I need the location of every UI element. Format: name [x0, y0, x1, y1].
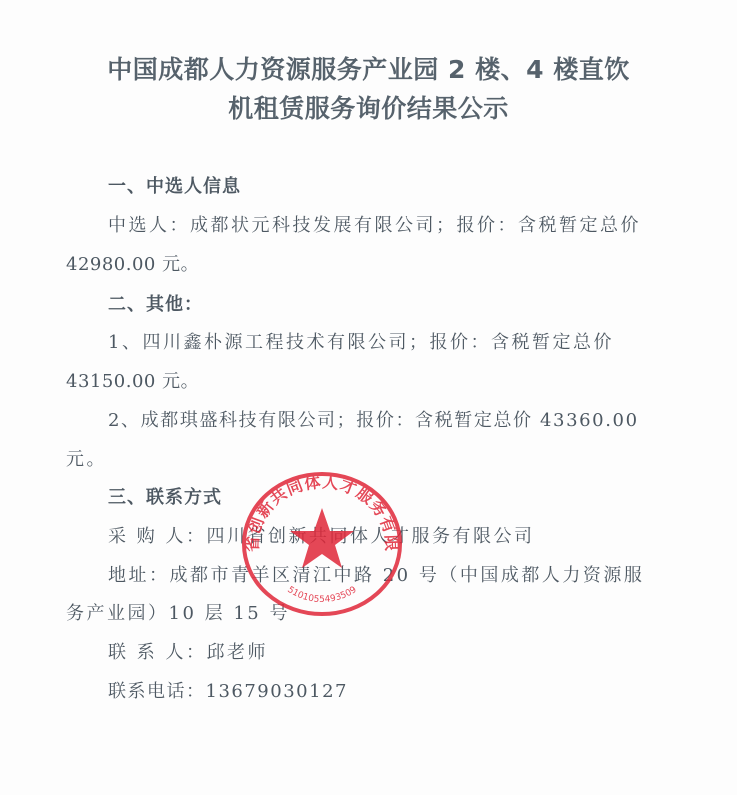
other-item2-line2: 元。 — [66, 445, 107, 471]
section2-heading: 二、其他： — [108, 290, 203, 316]
purchaser-line: 采 购 人：四川省创新共同体人才服务有限公司 — [108, 522, 534, 548]
svg-text:5101055493509: 5101055493509 — [285, 585, 358, 605]
winner-line: 中选人：成都状元科技发展有限公司；报价：含税暂定总价 — [108, 211, 641, 237]
document-title-line1: 中国成都人力资源服务产业园 2 楼、4 楼直饮 — [0, 50, 737, 86]
address-line1: 地址：成都市青羊区清江中路 20 号（中国成都人力资源服 — [108, 561, 644, 587]
winner-price: 42980.00 元。 — [66, 250, 199, 276]
address-line2: 务产业园）10 层 15 号 — [66, 599, 290, 625]
phone-line: 联系电话：13679030127 — [108, 677, 348, 703]
section1-heading: 一、中选人信息 — [108, 172, 241, 198]
stamp-code: 5101055493509 — [285, 585, 358, 605]
other-item1-line1: 1、四川鑫朴源工程技术有限公司；报价：含税暂定总价 — [108, 328, 614, 354]
other-item2-line1: 2、成都琪盛科技有限公司；报价：含税暂定总价 43360.00 — [108, 406, 639, 432]
contact-person-line: 联 系 人：邱老师 — [108, 638, 268, 664]
section3-heading: 三、联系方式 — [108, 483, 222, 509]
other-item1-line2: 43150.00 元。 — [66, 367, 199, 393]
document-title-line2: 机租赁服务询价结果公示 — [0, 89, 737, 125]
